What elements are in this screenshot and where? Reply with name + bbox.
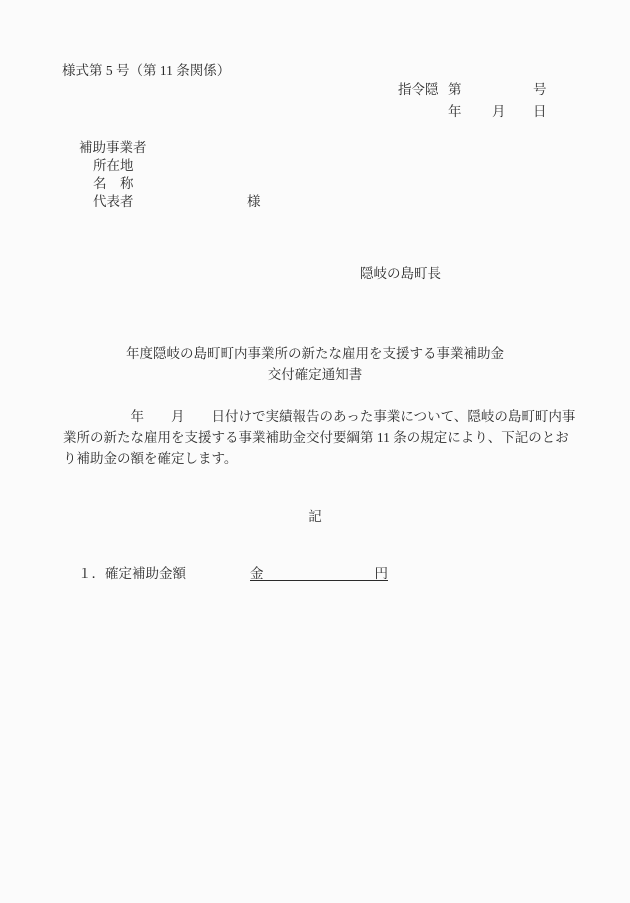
date-year-label: 年: [448, 103, 462, 122]
document-title-line1: 年度隠岐の島町町内事業所の新たな雇用を支援する事業補助金: [0, 343, 630, 364]
recipient-address-label: 所在地: [93, 157, 134, 176]
recipient-honorific: 様: [247, 193, 261, 212]
item1-amount-blank: 金 円: [250, 565, 388, 581]
recipient-name-label: 名 称: [93, 175, 134, 194]
document-page: 様式第 5 号（第 11 条関係） 指令隠 第 号 年 月 日 補助事業者 所在…: [0, 0, 630, 903]
body-line: 業所の新たな雇用を支援する事業補助金交付要綱第 11 条の規定により、下記のとお: [63, 427, 583, 448]
recipient-representative-label: 代表者: [93, 193, 134, 212]
body-paragraph: 年 月 日付けで実績報告のあった事業について、隠岐の島町町内事 業所の新たな雇用…: [63, 406, 583, 469]
recipient-heading: 補助事業者: [79, 139, 147, 158]
item1-amount-prefix: 金: [250, 565, 264, 580]
body-line: り補助金の額を確定します。: [63, 448, 583, 469]
item1-row: １．確定補助金額 金 円: [0, 565, 630, 585]
form-number: 様式第 5 号（第 11 条関係）: [62, 62, 230, 81]
directive-no-suffix: 号: [533, 81, 547, 100]
document-title-line2: 交付確定通知書: [0, 364, 630, 385]
item1-amount-suffix: 円: [375, 565, 389, 580]
ki-notation: 記: [0, 508, 630, 527]
directive-no-prefix: 第: [448, 81, 462, 100]
date-month-label: 月: [492, 103, 506, 122]
body-line: 年 月 日付けで実績報告のあった事業について、隠岐の島町町内事: [63, 406, 583, 427]
directive-prefix: 指令隠: [398, 81, 439, 100]
item1-label: １．確定補助金額: [78, 565, 186, 584]
date-day-label: 日: [533, 103, 547, 122]
sender-title: 隠岐の島町長: [360, 265, 441, 284]
